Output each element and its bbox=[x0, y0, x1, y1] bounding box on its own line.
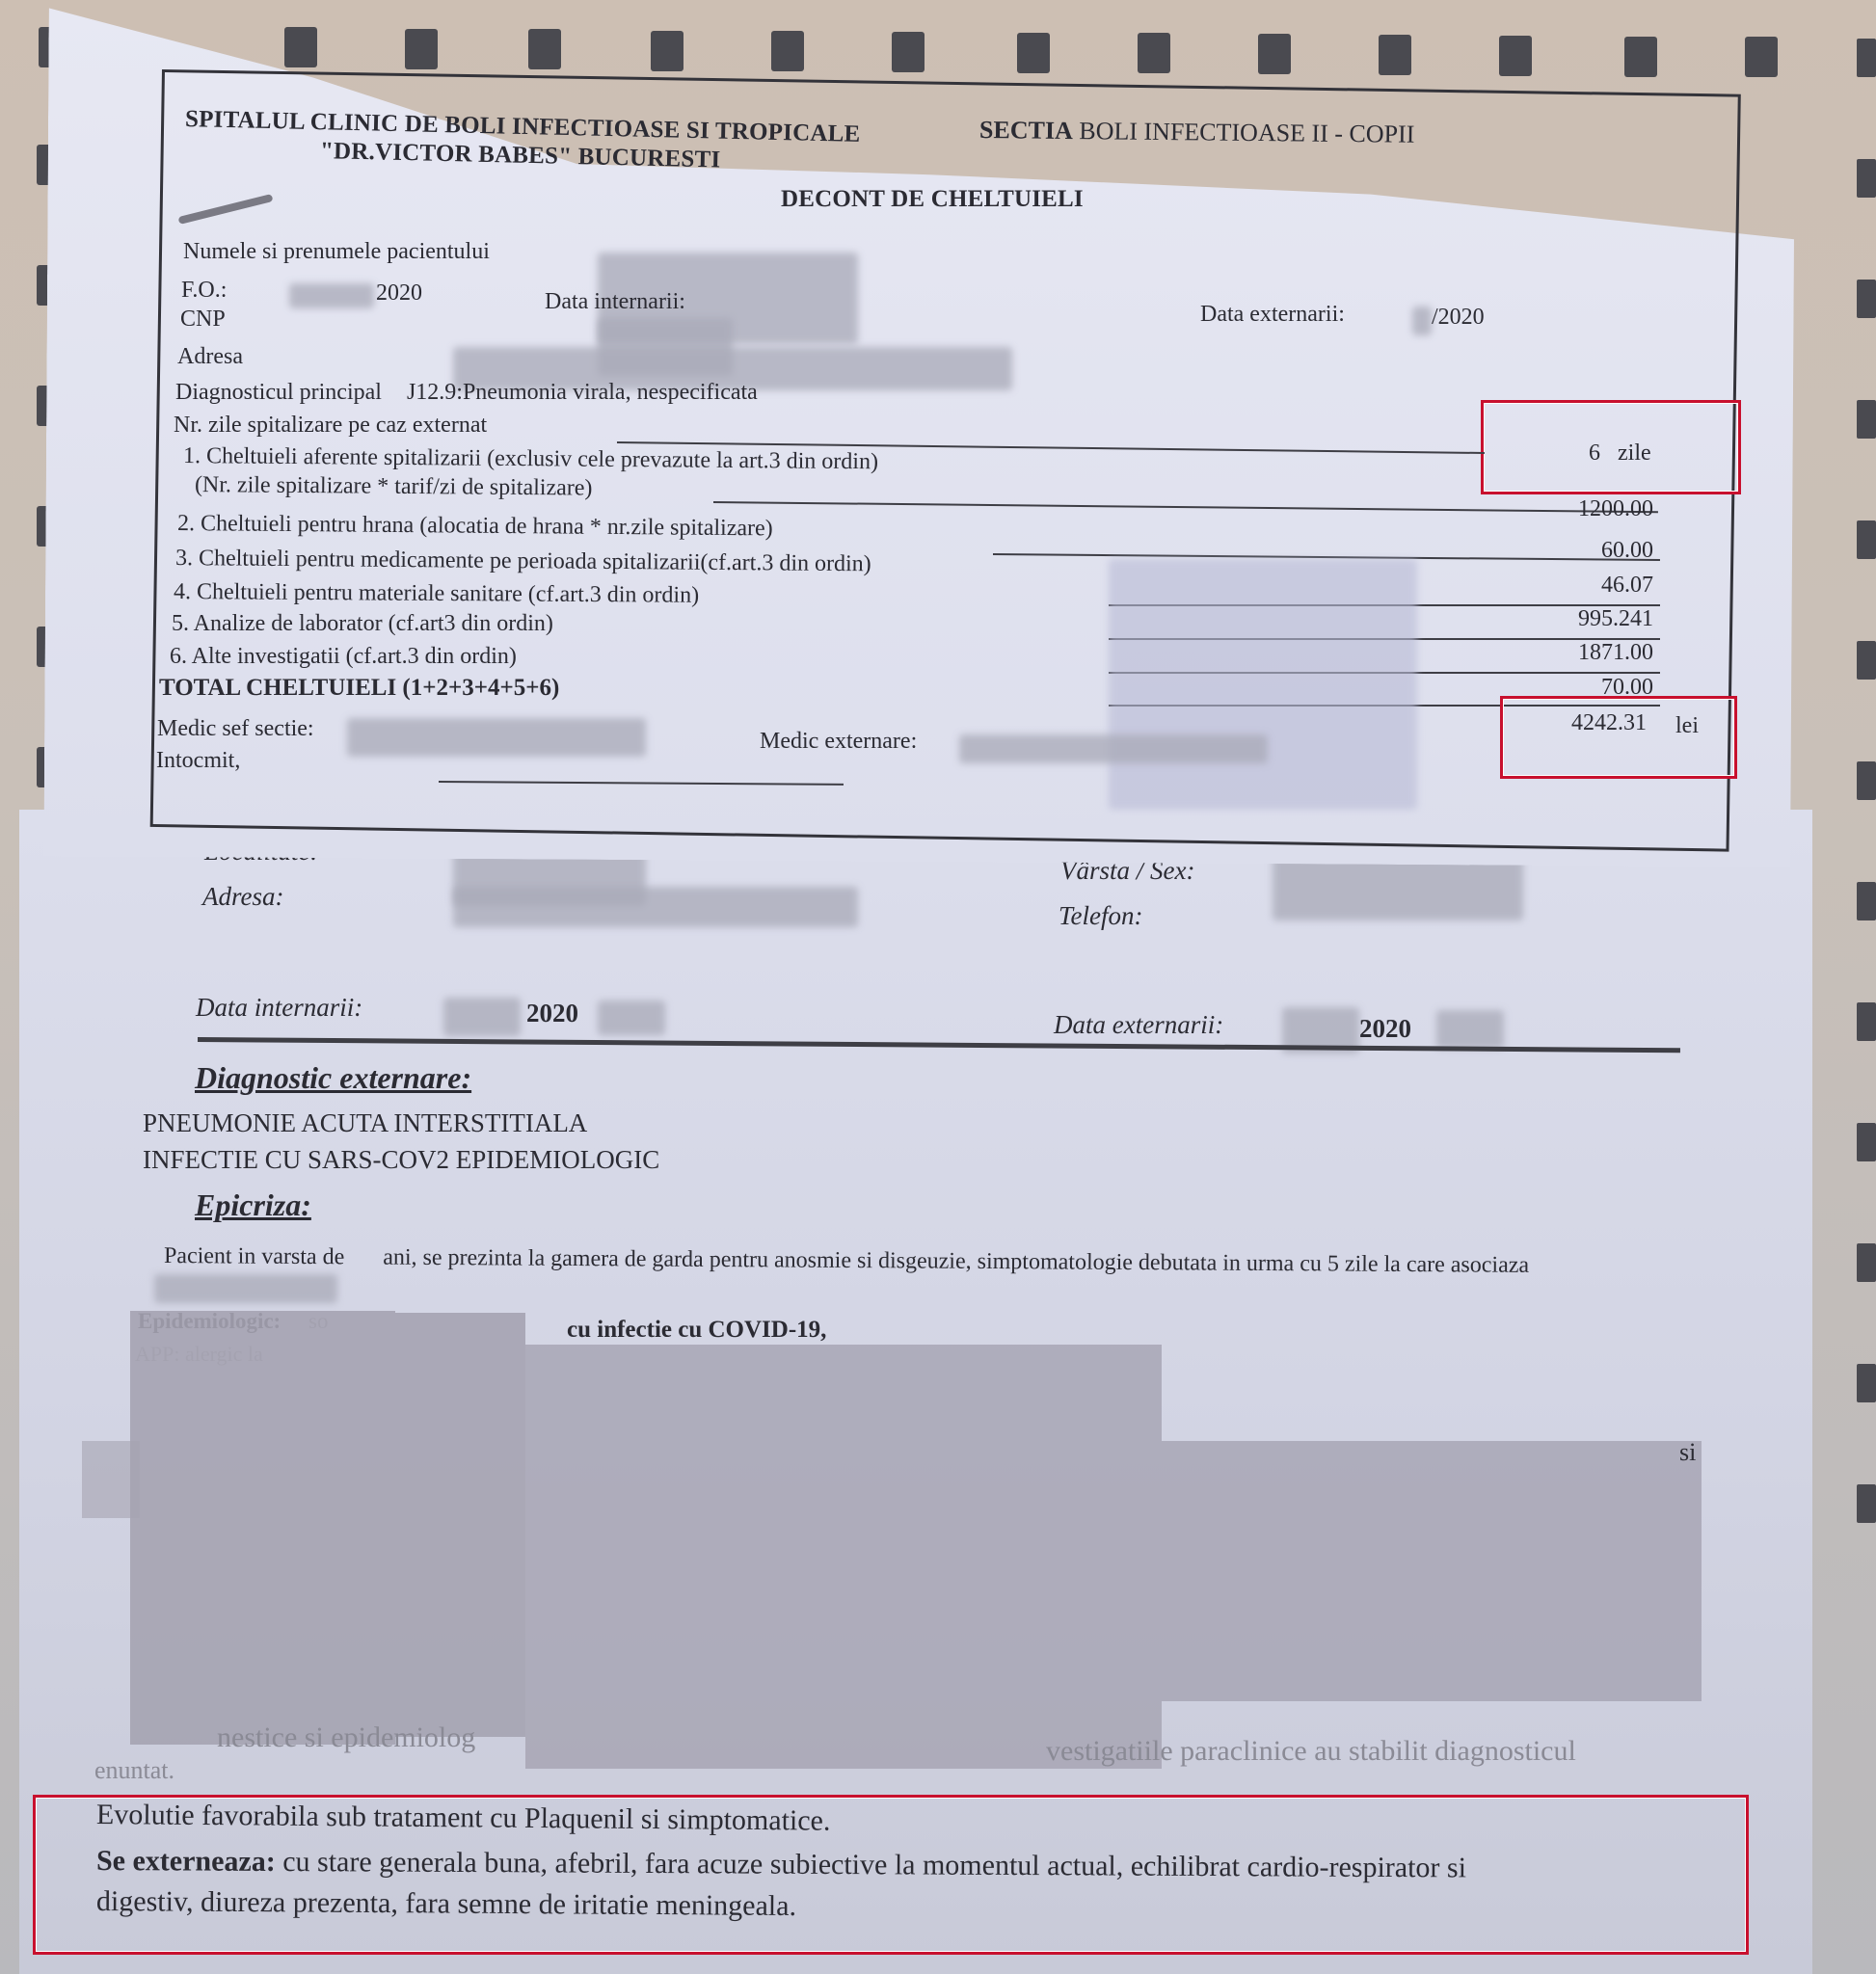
redacted-symptoms bbox=[154, 1274, 337, 1303]
redacted-discharge-time bbox=[1436, 1010, 1504, 1049]
peg-hole bbox=[1857, 400, 1876, 439]
days-unit: zile bbox=[1618, 440, 1651, 466]
redacted-address bbox=[453, 887, 858, 927]
head-doctor-label: Medic sef sectie: bbox=[157, 716, 314, 742]
total-value: 4242.31 bbox=[1521, 710, 1647, 736]
diagnosis-line-2: INFECTIE CU SARS-COV2 EPIDEMIOLOGIC bbox=[143, 1145, 659, 1175]
diagnosis-label-text: Diagnosticul principal bbox=[175, 380, 382, 405]
peg-hole bbox=[1138, 33, 1170, 73]
letter-discharge-label: Data externarii: bbox=[1054, 1010, 1223, 1040]
redacted-admission-time bbox=[598, 1000, 665, 1035]
letter-discharge-year: 2020 bbox=[1359, 1014, 1411, 1044]
bill-address-label: Adresa bbox=[177, 344, 243, 370]
peg-hole bbox=[1017, 33, 1050, 73]
peg-hole bbox=[1857, 1364, 1876, 1402]
peg-hole bbox=[771, 31, 804, 71]
patient-name-label: Numele si prenumele pacientului bbox=[183, 239, 490, 265]
peg-hole bbox=[1857, 520, 1876, 559]
peg-hole bbox=[1857, 159, 1876, 198]
diagnosis-title: Diagnostic externare: bbox=[195, 1060, 471, 1096]
discharge-text-line2: digestiv, diureza prezenta, fara semne d… bbox=[96, 1885, 796, 1923]
expense-3-value: 46.07 bbox=[1528, 573, 1653, 599]
bill-title: DECONT DE CHELTUIELI bbox=[781, 186, 1084, 213]
expense-5-label: 5. Analize de laborator (cf.art3 din ord… bbox=[172, 611, 553, 637]
cnp-label: CNP bbox=[180, 307, 226, 333]
redacted-block bbox=[1162, 1441, 1702, 1701]
expense-4-label: 4. Cheltuieli pentru materiale sanitare … bbox=[174, 579, 699, 609]
days-number: 6 bbox=[1589, 440, 1600, 466]
epicrisis-start: Pacient in varsta de bbox=[164, 1243, 344, 1269]
redacted-head-doctor bbox=[347, 718, 646, 757]
total-label: TOTAL CHELTUIELI (1+2+3+4+5+6) bbox=[159, 675, 559, 702]
redacted-block bbox=[130, 1311, 395, 1745]
peg-hole bbox=[1857, 882, 1876, 920]
peg-hole bbox=[1499, 36, 1532, 76]
redacted-block bbox=[525, 1345, 1162, 1769]
highlight-box-total bbox=[1500, 696, 1737, 779]
peg-hole bbox=[1745, 37, 1778, 77]
trailing-si: si bbox=[1679, 1438, 1696, 1467]
epidemiologic-text: cu infectie cu COVID-19, bbox=[567, 1317, 826, 1344]
peg-hole bbox=[1857, 280, 1876, 318]
expense-5-value: 1871.00 bbox=[1528, 640, 1653, 666]
diagnosis-line-1: PNEUMONIE ACUTA INTERSTITIALA bbox=[143, 1108, 587, 1138]
letter-admission-label: Data internarii: bbox=[196, 993, 362, 1023]
peg-hole bbox=[892, 32, 925, 72]
letter-admission-year: 2020 bbox=[526, 999, 578, 1028]
days-value: 6 zile bbox=[1589, 440, 1651, 467]
discharge-text-line1: cu stare generala buna, afebril, fara ac… bbox=[282, 1846, 1466, 1883]
peg-hole bbox=[1258, 34, 1291, 74]
redacted-stamp bbox=[1109, 559, 1417, 810]
bill-discharge-value: /2020 bbox=[1432, 305, 1485, 331]
expense-1-value: 1200.00 bbox=[1528, 496, 1653, 522]
bill-discharge-label: Data externarii: bbox=[1200, 302, 1345, 328]
faded-enuntat: enuntat. bbox=[94, 1756, 174, 1785]
faded-line-b: vestigatiile paraclinice au stabilit dia… bbox=[1046, 1735, 1576, 1768]
diagnosis-label: Diagnosticul principal J12.9:Pneumonia v… bbox=[175, 380, 758, 406]
section-label: SECTIA bbox=[979, 116, 1073, 145]
expense-2-label: 2. Cheltuieli pentru hrana (alocatia de … bbox=[177, 511, 773, 542]
days-label: Nr. zile spitalizare pe caz externat bbox=[174, 413, 487, 439]
bill-admission-label: Data internarii: bbox=[545, 289, 685, 315]
discharge-doctor-label: Medic externare: bbox=[760, 729, 917, 755]
redacted-admission-day bbox=[443, 998, 521, 1036]
peg-hole bbox=[1857, 39, 1876, 77]
expense-1-sublabel: (Nr. zile spitalizare * tarif/zi de spit… bbox=[195, 472, 593, 502]
peg-hole bbox=[1857, 761, 1876, 800]
redacted-discharge-date bbox=[1412, 307, 1432, 335]
discharge-label: Se externeaza: bbox=[96, 1845, 276, 1878]
diagnosis-value: J12.9:Pneumonia virala, nespecificata bbox=[407, 380, 758, 405]
redacted-block bbox=[82, 1441, 140, 1518]
peg-hole bbox=[1624, 37, 1657, 77]
expense-2-value: 60.00 bbox=[1528, 538, 1653, 564]
section-name: BOLI INFECTIOASE II - COPII bbox=[1079, 117, 1414, 148]
peg-hole bbox=[528, 29, 561, 69]
peg-hole bbox=[1857, 1484, 1876, 1523]
prepared-by-label: Intocmit, bbox=[156, 748, 240, 774]
expense-4-value: 995.241 bbox=[1528, 606, 1653, 632]
epicrisis-title: Epicriza: bbox=[195, 1187, 311, 1223]
peg-hole bbox=[651, 31, 683, 71]
letter-address-label: Adresa: bbox=[202, 882, 283, 912]
redacted-discharge-doctor bbox=[959, 734, 1268, 763]
faded-line-a: nestice si epidemiolog bbox=[217, 1721, 475, 1754]
fo-value: 2020 bbox=[376, 280, 422, 307]
peg-hole bbox=[1857, 1123, 1876, 1161]
evolution-text: Evolutie favorabila sub tratament cu Pla… bbox=[96, 1799, 831, 1838]
peg-hole bbox=[1857, 641, 1876, 680]
redacted-block bbox=[395, 1313, 525, 1737]
expense-6-label: 6. Alte investigatii (cf.art.3 din ordin… bbox=[170, 644, 517, 670]
peg-hole bbox=[1379, 35, 1411, 75]
section-header: SECTIA BOLI INFECTIOASE II - COPII bbox=[979, 116, 1415, 149]
redacted-fo bbox=[289, 283, 374, 308]
peg-hole bbox=[284, 27, 317, 67]
phone-label: Telefon: bbox=[1059, 901, 1143, 931]
peg-hole bbox=[405, 29, 438, 69]
fo-label: F.O.: bbox=[181, 278, 227, 304]
peg-hole bbox=[1857, 1002, 1876, 1041]
peg-hole bbox=[1857, 1243, 1876, 1282]
total-currency: lei bbox=[1675, 713, 1699, 739]
